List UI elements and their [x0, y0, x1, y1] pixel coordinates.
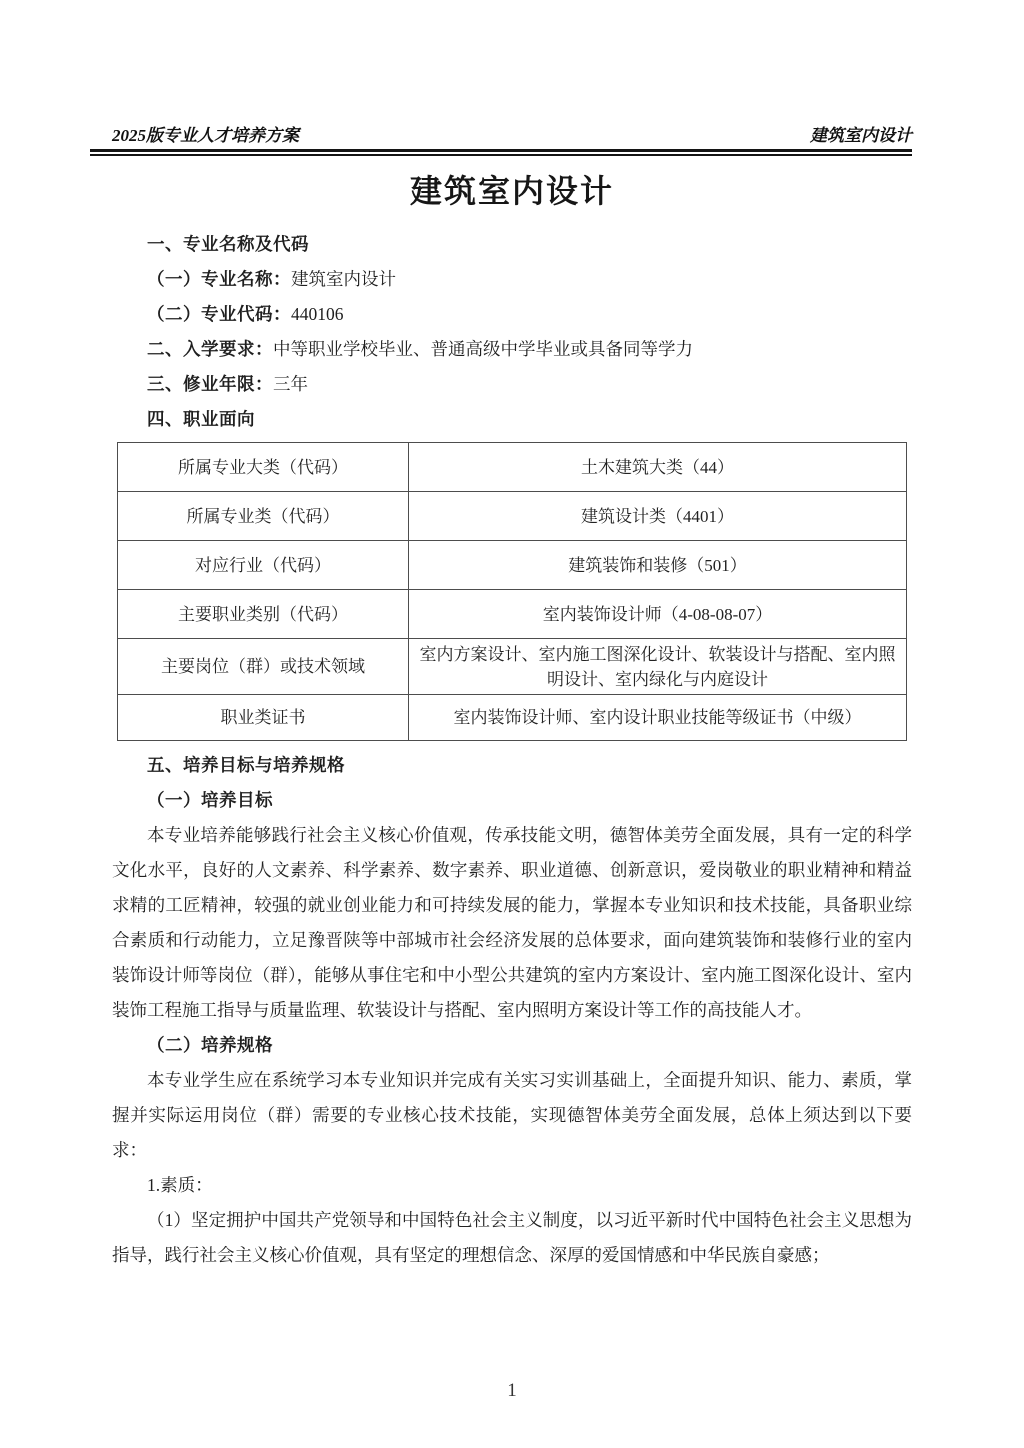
subsection-heading-5-1: （一）培养目标	[112, 783, 912, 818]
item-major-code-value: 440106	[291, 304, 344, 324]
table-cell-value: 室内装饰设计师、室内设计职业技能等级证书（中级）	[409, 695, 907, 741]
table-row: 主要岗位（群）或技术领域 室内方案设计、室内施工图深化设计、软装设计与搭配、室内…	[118, 639, 907, 695]
table-cell-label: 对应行业（代码）	[118, 541, 409, 590]
page-header: 2025版专业人才培养方案 建筑室内设计	[90, 119, 912, 156]
table-cell-label: 所属专业类（代码）	[118, 492, 409, 541]
item-study-years: 三、修业年限：三年	[112, 367, 912, 402]
header-left-text: 2025版专业人才培养方案	[112, 121, 299, 146]
subsection-heading-5-2: （二）培养规格	[112, 1028, 912, 1063]
table-row: 所属专业类（代码） 建筑设计类（4401）	[118, 492, 907, 541]
item-entry-requirement: 二、入学要求：中等职业学校毕业、普通高级中学毕业或具备同等学力	[112, 332, 912, 367]
table-row: 所属专业大类（代码） 土木建筑大类（44）	[118, 443, 907, 492]
section-heading-1-label: 一、专业名称及代码	[147, 234, 309, 254]
item-major-name: （一）专业名称：建筑室内设计	[112, 262, 912, 297]
table-row: 职业类证书 室内装饰设计师、室内设计职业技能等级证书（中级）	[118, 695, 907, 741]
section-heading-4-label: 四、职业面向	[147, 409, 255, 429]
quality-item-1-paragraph: （1）坚定拥护中国共产党领导和中国特色社会主义制度，以习近平新时代中国特色社会主…	[112, 1203, 912, 1273]
page-number: 1	[0, 1380, 1024, 1402]
section-heading-4: 四、职业面向	[112, 402, 912, 437]
table-row: 主要职业类别（代码） 室内装饰设计师（4-08-08-07）	[118, 590, 907, 639]
header-rule-thick	[90, 149, 912, 152]
table-cell-value: 建筑设计类（4401）	[409, 492, 907, 541]
header-rule-thin	[90, 154, 912, 156]
item-study-years-value: 三年	[273, 374, 308, 394]
item-entry-requirement-value: 中等职业学校毕业、普通高级中学毕业或具备同等学力	[273, 339, 693, 359]
table-cell-value: 建筑装饰和装修（501）	[409, 541, 907, 590]
document-body: 一、专业名称及代码 （一）专业名称：建筑室内设计 （二）专业代码：440106 …	[112, 227, 912, 1273]
training-objective-paragraph: 本专业培养能够践行社会主义核心价值观，传承技能文明，德智体美劳全面发展，具有一定…	[112, 818, 912, 1028]
section-heading-5: 五、培养目标与培养规格	[112, 748, 912, 783]
career-table: 所属专业大类（代码） 土木建筑大类（44） 所属专业类（代码） 建筑设计类（44…	[117, 442, 907, 741]
item-study-years-label: 三、修业年限：	[147, 374, 273, 394]
table-cell-value: 室内装饰设计师（4-08-08-07）	[409, 590, 907, 639]
page-header-row: 2025版专业人才培养方案 建筑室内设计	[90, 119, 912, 146]
quality-heading: 1.素质：	[112, 1168, 912, 1203]
table-cell-label: 主要岗位（群）或技术领域	[118, 639, 409, 695]
item-entry-requirement-label: 二、入学要求：	[147, 339, 273, 359]
table-cell-value: 土木建筑大类（44）	[409, 443, 907, 492]
table-cell-value: 室内方案设计、室内施工图深化设计、软装设计与搭配、室内照明设计、室内绿化与内庭设…	[409, 639, 907, 695]
training-spec-paragraph: 本专业学生应在系统学习本专业知识并完成有关实习实训基础上，全面提升知识、能力、素…	[112, 1063, 912, 1168]
header-right-text: 建筑室内设计	[810, 121, 912, 146]
item-major-name-label: （一）专业名称：	[147, 269, 291, 289]
quality-heading-text: 1.素质：	[147, 1175, 213, 1195]
table-cell-label: 主要职业类别（代码）	[118, 590, 409, 639]
item-major-code: （二）专业代码：440106	[112, 297, 912, 332]
table-row: 对应行业（代码） 建筑装饰和装修（501）	[118, 541, 907, 590]
page-title: 建筑室内设计	[0, 166, 1024, 212]
section-heading-1: 一、专业名称及代码	[112, 227, 912, 262]
table-cell-label: 所属专业大类（代码）	[118, 443, 409, 492]
item-major-name-value: 建筑室内设计	[291, 269, 396, 289]
item-major-code-label: （二）专业代码：	[147, 304, 291, 324]
table-cell-label: 职业类证书	[118, 695, 409, 741]
